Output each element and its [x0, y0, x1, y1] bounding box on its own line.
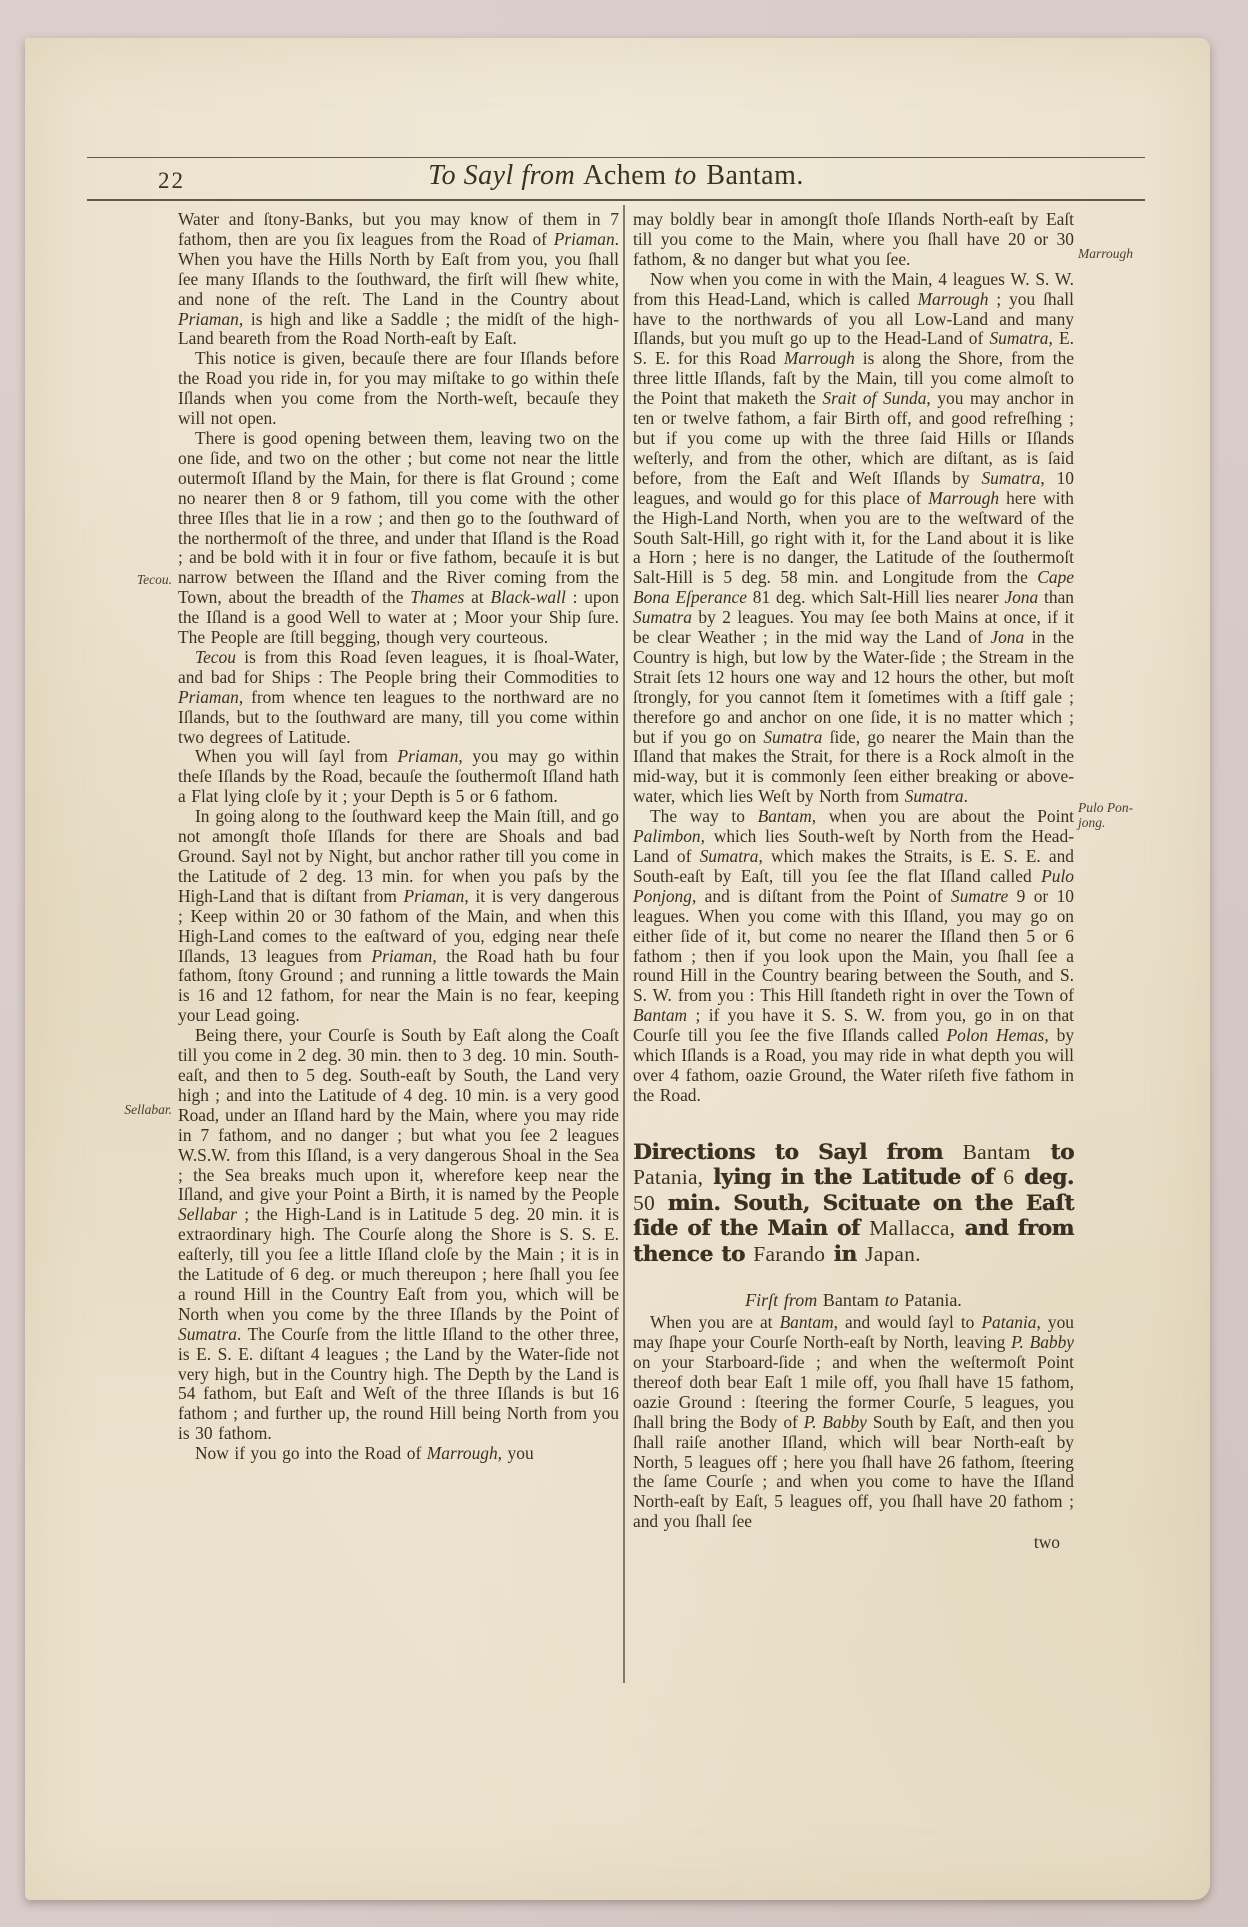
paragraph: The way to Bantam, when you are about th… — [633, 807, 1074, 1106]
paragraph: Water and ſtony-Banks, but you may know … — [178, 210, 619, 349]
right-text-column: may boldly bear in amongſt thoſe Iſlands… — [633, 210, 1074, 1553]
paragraph: This notice is given, becauſe there are … — [178, 349, 619, 429]
margin-note-pulo-ponjong: Pulo Pon-jong. — [1078, 800, 1168, 830]
header-rule-top — [87, 157, 1145, 158]
column-divider-rule — [623, 205, 625, 1683]
section-subheading: Firſt from Bantam to Patania. — [633, 1291, 1074, 1311]
margin-note-tecou: Tecou. — [117, 572, 172, 587]
paragraph: Being there, your Courſe is South by Eaſ… — [178, 1026, 619, 1444]
document-page: 22 To Sayl from Achem to Bantam. Tecou. … — [25, 38, 1210, 1900]
paragraph: Tecou is from this Road ſeven leagues, i… — [178, 648, 619, 748]
paragraph: When you are at Bantam, and would ſayl t… — [633, 1313, 1074, 1532]
left-text-column: Water and ſtony-Banks, but you may know … — [178, 210, 619, 1464]
photograph-mat: 22 To Sayl from Achem to Bantam. Tecou. … — [0, 0, 1248, 1927]
header-rule-bottom — [87, 199, 1145, 201]
paragraph: Now when you come in with the Main, 4 le… — [633, 270, 1074, 807]
margin-note-marrough: Marrough — [1078, 246, 1168, 261]
margin-note-sellabar: Sellabar. — [109, 1102, 172, 1117]
section-heading: Directions to Sayl from Bantam to Patani… — [633, 1140, 1074, 1268]
paragraph: There is good opening between them, leav… — [178, 429, 619, 648]
paragraph: When you will ſayl from Priaman, you may… — [178, 747, 619, 807]
paragraph: In going along to the ſouthward keep the… — [178, 807, 619, 1026]
running-title: To Sayl from Achem to Bantam. — [87, 160, 1145, 192]
paragraph: may boldly bear in amongſt thoſe Iſlands… — [633, 210, 1074, 270]
catchword: two — [633, 1533, 1074, 1553]
paragraph: Now if you go into the Road of Marrough,… — [178, 1444, 619, 1464]
